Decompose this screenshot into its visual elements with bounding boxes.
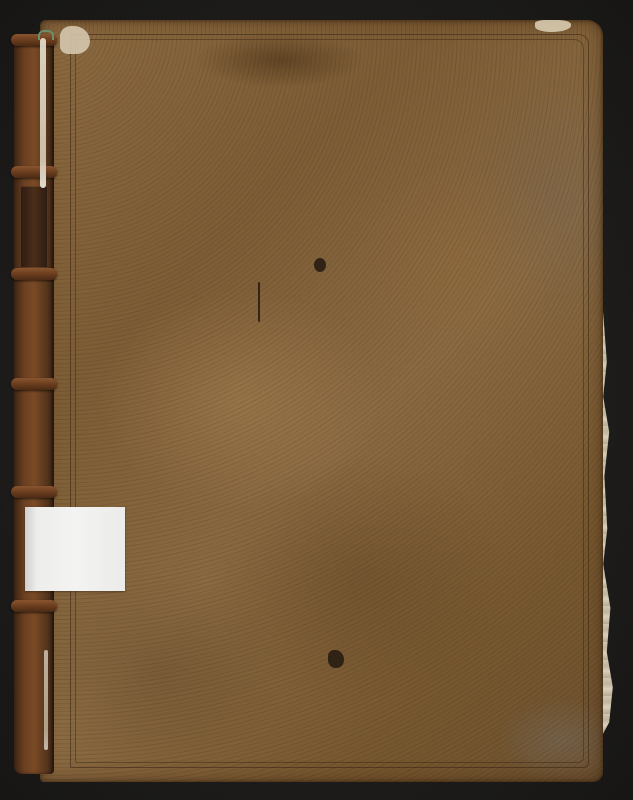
spine-raised-band	[11, 268, 57, 280]
binding-thread	[38, 30, 54, 40]
spine-title-panel	[20, 186, 48, 268]
spine-raised-band	[11, 166, 57, 178]
cracked-hinge-upper	[40, 38, 46, 188]
spine-raised-band	[11, 378, 57, 390]
corner-wear-top-left	[60, 26, 90, 54]
shelf-label	[25, 507, 125, 591]
scratch-mark	[258, 282, 260, 322]
dark-spot-lower	[328, 650, 344, 668]
book-front-cover	[40, 20, 603, 782]
shelf-label-text	[27, 519, 37, 579]
book-spine	[14, 34, 54, 774]
spine-raised-band	[11, 600, 57, 612]
spine-raised-band	[11, 486, 57, 498]
cracked-hinge-lower	[44, 650, 48, 750]
dark-spot-upper	[314, 258, 326, 272]
